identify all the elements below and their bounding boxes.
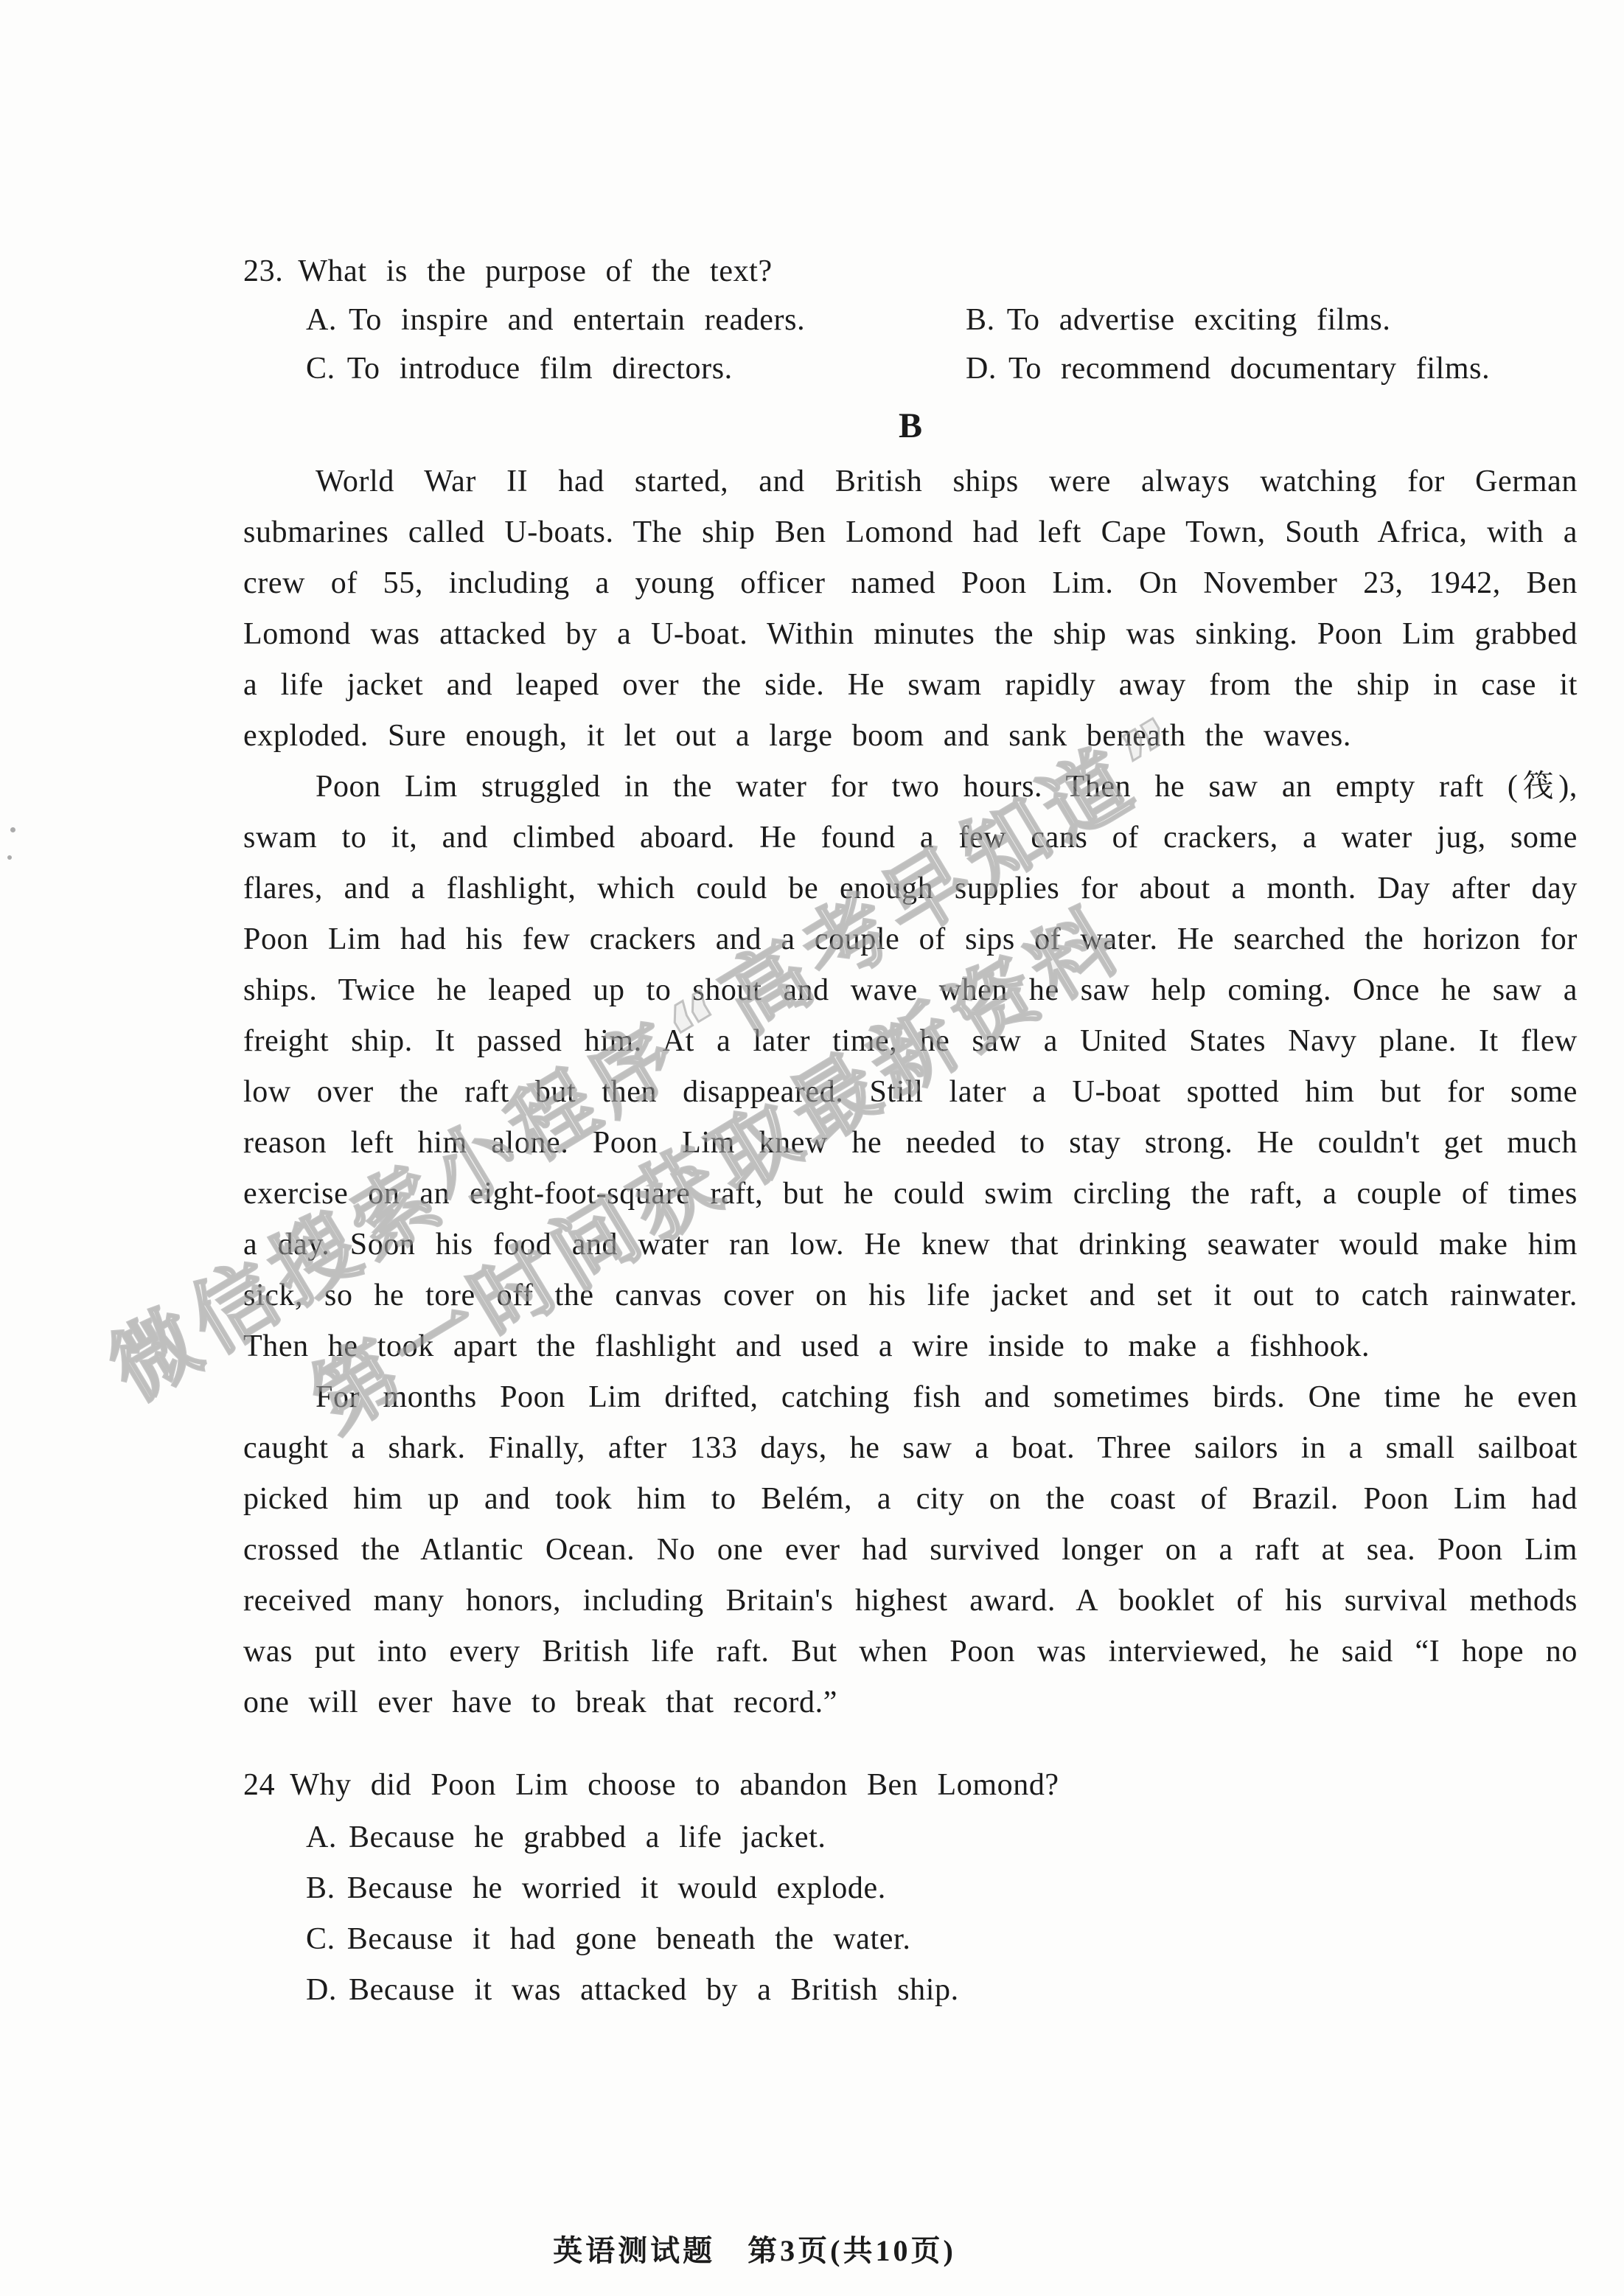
option-c-label: C. <box>306 344 335 393</box>
page-footer-inner: 英语测试题第3页(共10页) <box>553 2227 956 2269</box>
question-23-options: A.To inspire and entertain readers. B.To… <box>306 296 1578 393</box>
option-d-text: To recommend documentary films. <box>1008 352 1490 386</box>
option-c-label: C. <box>306 1914 335 1965</box>
exam-page: 23.What is the purpose of the text? A.To… <box>0 0 1624 2296</box>
question-23-option-a: A.To inspire and entertain readers. <box>306 296 966 344</box>
footer-page-number: 第3页(共10页) <box>747 2234 956 2267</box>
question-23-option-c: C.To introduce film directors. <box>306 344 966 393</box>
option-a-label: A. <box>306 296 337 344</box>
scan-speck <box>10 827 15 832</box>
option-a-text: To inspire and entertain readers. <box>349 303 805 337</box>
passage-paragraph-1: World War II had started, and British sh… <box>243 456 1578 762</box>
option-c-text: To introduce film directors. <box>347 352 733 386</box>
question-24-option-d: D.Because it was attacked by a British s… <box>306 1965 1578 2016</box>
passage-paragraph-3: For months Poon Lim drifted, catching fi… <box>243 1372 1578 1728</box>
question-23-option-b: B.To advertise exciting films. <box>966 296 1578 344</box>
question-24-option-c: C.Because it had gone beneath the water. <box>306 1914 1578 1965</box>
option-c-text: Because it had gone beneath the water. <box>347 1922 911 1956</box>
option-b-text: Because he worried it would explode. <box>347 1871 886 1905</box>
question-24-option-a: A.Because he grabbed a life jacket. <box>306 1812 1578 1863</box>
option-a-label: A. <box>306 1812 337 1863</box>
question-23-stem-line: 23.What is the purpose of the text? <box>243 247 1578 296</box>
question-24-option-b: B.Because he worried it would explode. <box>306 1863 1578 1914</box>
option-d-text: Because it was attacked by a British shi… <box>349 1973 959 2007</box>
option-b-label: B. <box>306 1863 335 1914</box>
footer-doc-title: 英语测试题 <box>553 2234 715 2267</box>
option-b-label: B. <box>966 296 995 344</box>
question-23: 23.What is the purpose of the text? A.To… <box>243 247 1578 393</box>
section-b-heading: B <box>243 405 1578 448</box>
question-24: 24Why did Poon Lim choose to abandon Ben… <box>243 1761 1578 2016</box>
question-24-stem: Why did Poon Lim choose to abandon Ben L… <box>290 1768 1059 1802</box>
option-a-text: Because he grabbed a life jacket. <box>349 1820 826 1854</box>
question-23-number: 23. <box>243 247 283 296</box>
question-24-options: A.Because he grabbed a life jacket. B.Be… <box>306 1812 1578 2016</box>
page-footer: 英语测试题第3页(共10页) <box>0 2227 1624 2269</box>
question-24-stem-line: 24Why did Poon Lim choose to abandon Ben… <box>243 1761 1578 1809</box>
option-d-label: D. <box>966 344 997 393</box>
question-23-stem: What is the purpose of the text? <box>298 254 772 288</box>
scan-speck <box>7 855 12 860</box>
question-24-number: 24 <box>243 1761 275 1809</box>
question-23-option-d: D.To recommend documentary films. <box>966 344 1578 393</box>
page-content: 23.What is the purpose of the text? A.To… <box>243 247 1578 2016</box>
option-b-text: To advertise exciting films. <box>1007 303 1391 337</box>
passage-paragraph-2: Poon Lim struggled in the water for two … <box>243 762 1578 1372</box>
option-d-label: D. <box>306 1965 337 2016</box>
